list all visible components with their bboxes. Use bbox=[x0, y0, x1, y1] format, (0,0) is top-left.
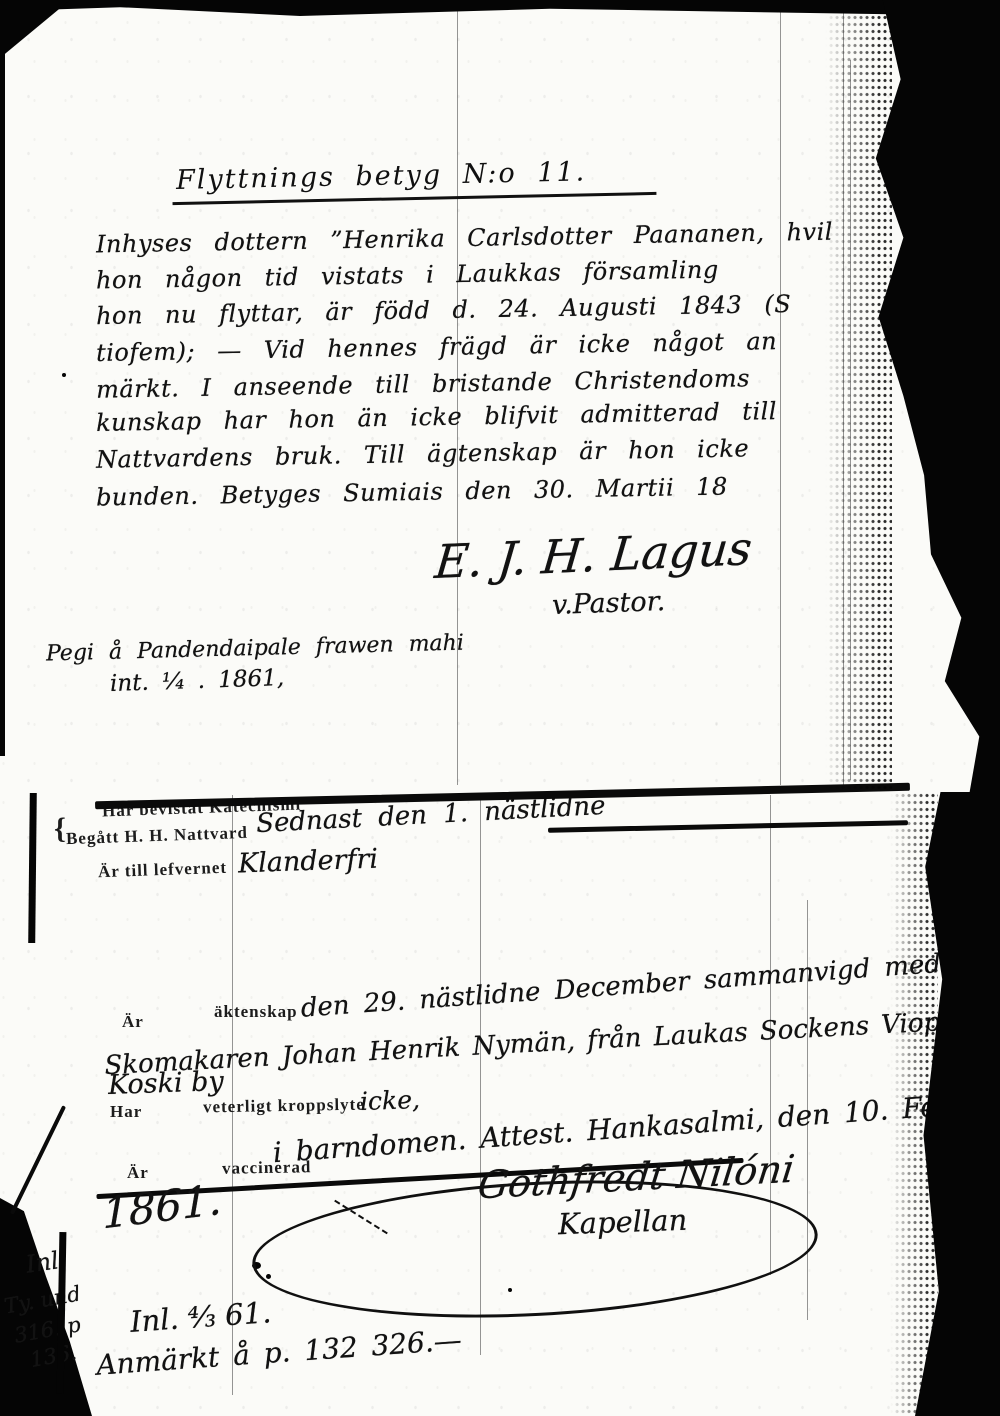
certificate-title-text: Flyttnings betyg N:o 11. bbox=[172, 155, 657, 205]
certificate-body-line: märkt. I anseende till bristande Christe… bbox=[96, 364, 750, 403]
scan-border-left-line bbox=[0, 14, 5, 756]
form-label-kroppslyte: veterligt kroppslyte bbox=[203, 1095, 365, 1118]
pastor-title: v.Pastor. bbox=[551, 586, 665, 621]
kapellan-title: Kapellan bbox=[557, 1203, 687, 1241]
scan-border-lower-left-line bbox=[28, 793, 37, 943]
certificate-body-line: bunden. Betyges Sumiais den 30. Martii 1… bbox=[96, 472, 728, 511]
form-value-lefvernet: Klanderfri bbox=[238, 844, 379, 880]
pastor-signature: E. J. H. Lagus bbox=[433, 521, 755, 589]
form-label-ar-vaccinerad: Är bbox=[127, 1163, 149, 1183]
scan-border-top-left-corner bbox=[0, 0, 70, 58]
form-label-ar-aktenskap: Är bbox=[122, 1012, 144, 1032]
note-received: Inl. ⁴⁄₃ 61. bbox=[129, 1295, 272, 1339]
corner-diagonal-stroke bbox=[10, 1105, 66, 1215]
certificate-body-line: Nattvardens bruk. Till ägtenskap är hon … bbox=[96, 434, 749, 473]
scan-noise-right-upper bbox=[822, 0, 892, 792]
form-label-nattvard: Begått H. H. Nattvard bbox=[66, 823, 249, 849]
year-note: 1861. bbox=[102, 1175, 222, 1239]
form-value-aktenskap-3: Koski by bbox=[107, 1066, 224, 1101]
margin-note-line: Pegi å Pandendaipale frawen mahi bbox=[46, 631, 464, 667]
fold-line bbox=[457, 10, 458, 785]
certificate-body-line: hon nu flyttar, är född d. 24. Augusti 1… bbox=[96, 290, 792, 330]
certificate-body-line: kunskap har hon än icke blifvit admitter… bbox=[96, 397, 777, 437]
form-label-aktenskap: äktenskap bbox=[214, 1002, 298, 1022]
ink-speck bbox=[62, 373, 66, 377]
fold-line bbox=[780, 10, 781, 785]
form-value-kroppslyte: icke, bbox=[360, 1085, 421, 1116]
certificate-body-line: Inhyses dottern ”Henrika Carlsdotter Paa… bbox=[96, 218, 833, 259]
form-label-har-kroppslyte: Har bbox=[110, 1102, 142, 1122]
certificate-body-line: hon någon tid vistats i Laukkas församli… bbox=[96, 256, 719, 295]
certificate-title: Flyttnings betyg N:o 11. bbox=[172, 155, 657, 196]
secondary-ink-line bbox=[548, 820, 908, 833]
form-label-lefvernet: Är till lefvernet bbox=[98, 858, 228, 882]
certificate-body-line: tiofem); — Vid hennes frägd är icke någo… bbox=[96, 327, 778, 367]
margin-note-line: int. ¹⁄₄ . 1861, bbox=[110, 665, 285, 697]
